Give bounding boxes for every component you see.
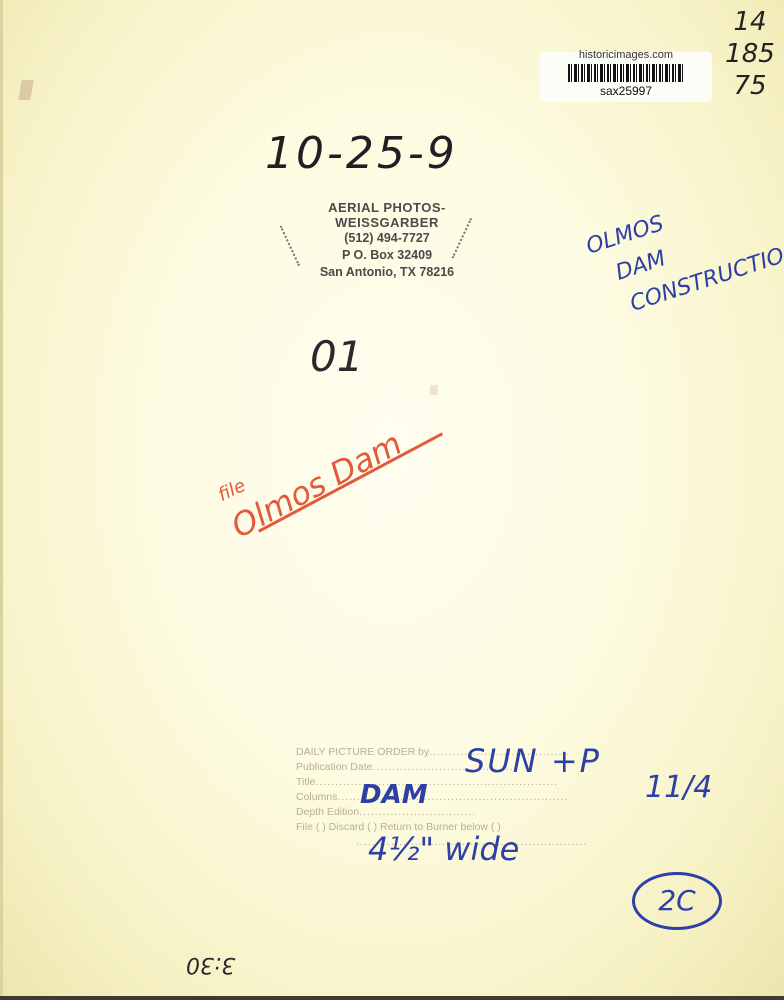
number-line: 14 [718, 6, 782, 38]
stain-mark [18, 80, 34, 100]
number-mark: 01 [310, 332, 363, 381]
left-edge [0, 0, 3, 1000]
photo-back: historicimages.com sax25997 14 185 75 10… [0, 0, 784, 1000]
barcode-icon [568, 64, 684, 82]
bottom-edge [0, 996, 784, 1000]
order-sun-note: SUN +P [465, 742, 601, 780]
label-site: historicimages.com [540, 49, 712, 61]
barcode-label: historicimages.com sax25997 [540, 52, 712, 102]
order-title-note: DAM [360, 780, 428, 810]
blue-note: OLMOS DAM CONSTRUCTION [582, 170, 784, 329]
form-row: Columns.................................… [296, 790, 656, 805]
order-size-note: 4½" wide [368, 830, 519, 868]
form-row: Depth Edition...........................… [296, 805, 656, 820]
stain-mark [430, 385, 438, 395]
red-note: Olmos Dam [225, 424, 408, 545]
bottom-note: 3:30 [186, 952, 235, 977]
number-line: 75 [718, 70, 782, 102]
handwritten-date: 10-25-9 [265, 128, 458, 179]
top-right-numbers: 14 185 75 [718, 6, 782, 102]
stamp-city: San Antonio, TX 78216 [282, 264, 492, 281]
number-line: 185 [718, 38, 782, 70]
circled-code: 2C [632, 872, 722, 930]
label-code: sax25997 [540, 84, 712, 98]
stamp-name: AERIAL PHOTOS-WEISSGARBER [282, 200, 492, 230]
order-date-note: 11/4 [645, 770, 712, 805]
photographer-stamp: AERIAL PHOTOS-WEISSGARBER (512) 494-7727… [282, 200, 492, 281]
